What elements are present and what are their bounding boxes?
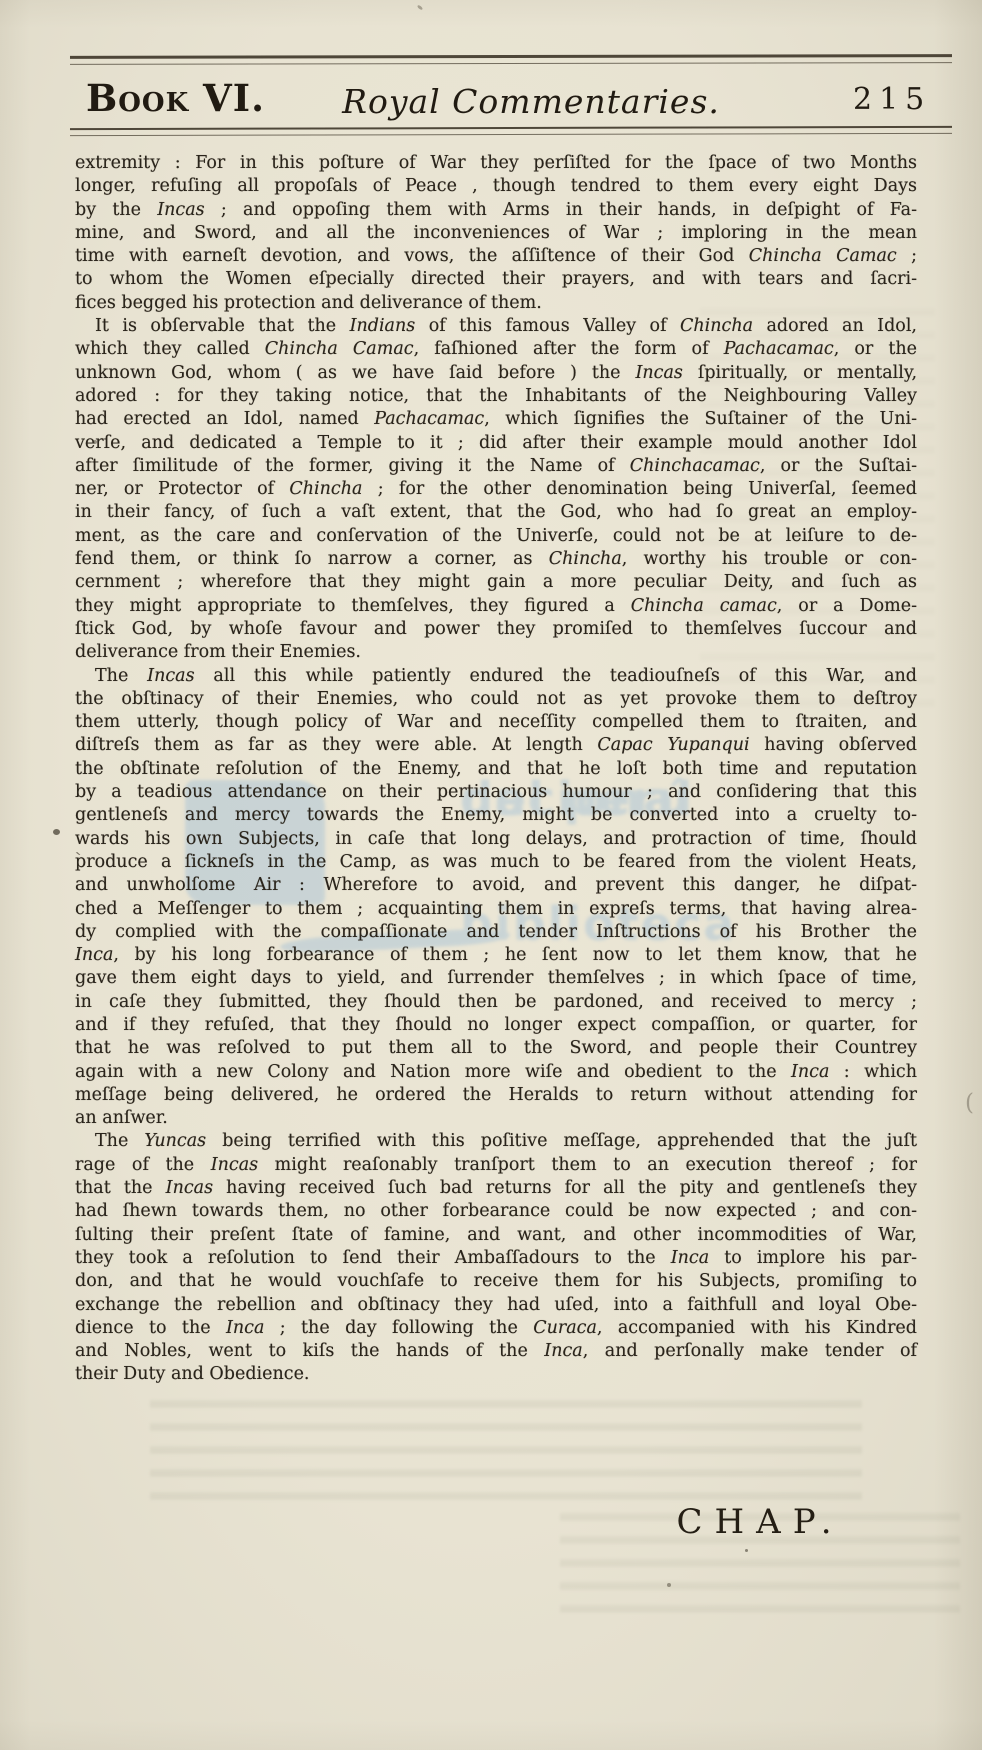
book-page: Book VI. Royal Commentaries. 215 bibliot… <box>0 0 982 1750</box>
text-line: adored : for they taking notice, that th… <box>75 385 917 408</box>
text-line: by a teadious attendance on their pertin… <box>75 781 917 804</box>
text-line: The Incas all this while patiently endur… <box>75 665 917 688</box>
text-line: and if they refuſed, that they ſhould no… <box>75 1014 917 1037</box>
ink-speck <box>93 440 97 444</box>
header-double-rule-top <box>70 54 952 65</box>
text-line: wards his own Subjects, in caſe that lon… <box>75 828 917 851</box>
text-line: an anſwer. <box>75 1107 917 1130</box>
text-line: verſe, and dedicated a Temple to it ; di… <box>75 432 917 455</box>
text-line: produce a ſickneſs in the Camp, as was m… <box>75 851 917 874</box>
header-double-rule-bottom <box>70 126 952 136</box>
text-line: that he was reſolved to put them all to … <box>75 1037 917 1060</box>
text-line: fices begged his protection and delivera… <box>75 292 917 315</box>
text-line: It is obſervable that the Indians of thi… <box>75 315 917 338</box>
text-line: and Nobles, went to kiſs the hands of th… <box>75 1340 917 1363</box>
text-line: in caſe they ſubmitted, they ſhould then… <box>75 991 917 1014</box>
paragraph: extremity : For in this poſture of War t… <box>75 152 917 315</box>
text-line: exchange the rebellion and obſtinacy the… <box>75 1294 917 1317</box>
ink-speck <box>667 1583 671 1587</box>
text-line: gave them eight days to yield, and ſurre… <box>75 967 917 990</box>
text-line: had ſhewn towards them, no other forbear… <box>75 1200 917 1223</box>
text-line: fend them, or think ſo narrow a corner, … <box>75 548 917 571</box>
ink-speck <box>53 829 60 835</box>
text-line: and unwholſome Air : Wherefore to avoid,… <box>75 874 917 897</box>
text-line: dy complied with the compaſſionate and t… <box>75 921 917 944</box>
text-line: by the Incas ; and oppoſing them with Ar… <box>75 199 917 222</box>
paragraph: The Incas all this while patiently endur… <box>75 665 917 1131</box>
text-line: mine, and Sword, and all the inconvenien… <box>75 222 917 245</box>
text-line: in their fancy, of ſuch a vaſt extent, t… <box>75 501 917 524</box>
text-line: ched a Meſſenger to them ; acquainting t… <box>75 898 917 921</box>
text-line: the obſtinacy of their Enemies, who coul… <box>75 688 917 711</box>
text-line: Inca, by his long forbearance of them ; … <box>75 944 917 967</box>
text-line: unknown God, whom ( as we have ſaid befo… <box>75 362 917 385</box>
text-line: them utterly, though policy of War and n… <box>75 711 917 734</box>
text-line: which they called Chincha Camac, faſhion… <box>75 338 917 361</box>
text-line: ner, or Protector of Chincha ; for the o… <box>75 478 917 501</box>
verso-bleed-through <box>150 1392 862 1504</box>
text-line: deliverance from their Enemies. <box>75 641 917 664</box>
text-line: longer, refuſing all propoſals of Peace … <box>75 175 917 198</box>
text-line: they might appropriate to themſelves, th… <box>75 595 917 618</box>
text-line: had erected an Idol, named Pachacamac, w… <box>75 408 917 431</box>
text-line: don, and that he would vouchſafe to rece… <box>75 1270 917 1293</box>
text-line: meſſage being delivered, he ordered the … <box>75 1084 917 1107</box>
text-line: ment, as the care and conſervation of th… <box>75 525 917 548</box>
text-line: The Yuncas being terrified with this poſ… <box>75 1130 917 1153</box>
body-text: extremity : For in this poſture of War t… <box>75 152 917 1387</box>
page-title: Royal Commentaries. <box>80 82 982 121</box>
text-line: extremity : For in this poſture of War t… <box>75 152 917 175</box>
text-line: ſulting their preſent ſtate of famine, a… <box>75 1224 917 1247</box>
text-line: rage of the Incas might reaſonably tranſ… <box>75 1154 917 1177</box>
text-line: after ſimilitude of the former, giving i… <box>75 455 917 478</box>
text-line: again with a new Colony and Nation more … <box>75 1061 917 1084</box>
text-line: ſtick God, by whoſe favour and power the… <box>75 618 917 641</box>
text-line: the obſtinate reſolution of the Enemy, a… <box>75 758 917 781</box>
text-line: they took a reſolution to ſend their Amb… <box>75 1247 917 1270</box>
catchword: CHAP. <box>645 1502 875 1542</box>
page-number: 215 <box>853 82 931 117</box>
paragraph: The Yuncas being terrified with this poſ… <box>75 1130 917 1386</box>
text-line: gentleneſs and mercy towards the Enemy, … <box>75 804 917 827</box>
text-line: cernment ; wherefore that they might gai… <box>75 571 917 594</box>
paragraph: It is obſervable that the Indians of thi… <box>75 315 917 664</box>
text-line: to whom the Women eſpecially directed th… <box>75 268 917 291</box>
text-line: diſtreſs them as far as they were able. … <box>75 734 917 757</box>
text-line: their Duty and Obedience. <box>75 1363 917 1386</box>
ink-speck <box>745 1549 748 1552</box>
text-line: time with earneſt devotion, and vows, th… <box>75 245 917 268</box>
margin-paren-mark: ( <box>965 1090 974 1116</box>
ink-speck <box>417 4 424 10</box>
text-line: that the Incas having received ſuch bad … <box>75 1177 917 1200</box>
text-line: dience to the Inca ; the day following t… <box>75 1317 917 1340</box>
